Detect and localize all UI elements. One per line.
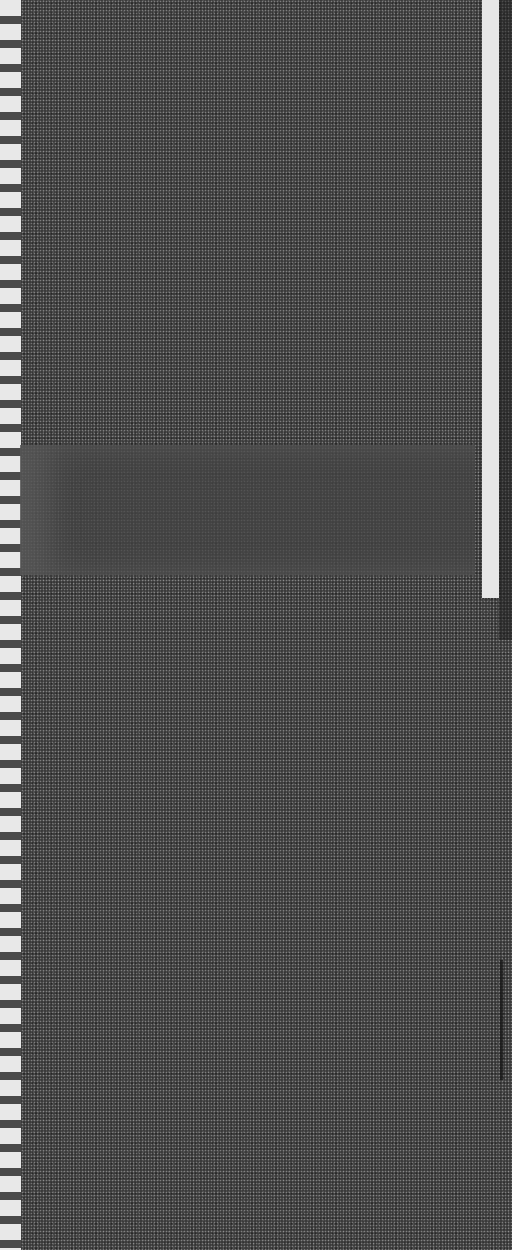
asphalt-patch: [20, 445, 475, 575]
road-surface: Top-down view of asphalt road surface wi…: [0, 0, 512, 1250]
solid-edge-line: [482, 0, 499, 598]
pavement-crack: [500, 960, 503, 1080]
dashed-lane-marking: [0, 0, 21, 1250]
road-edge-shadow: [499, 0, 512, 640]
